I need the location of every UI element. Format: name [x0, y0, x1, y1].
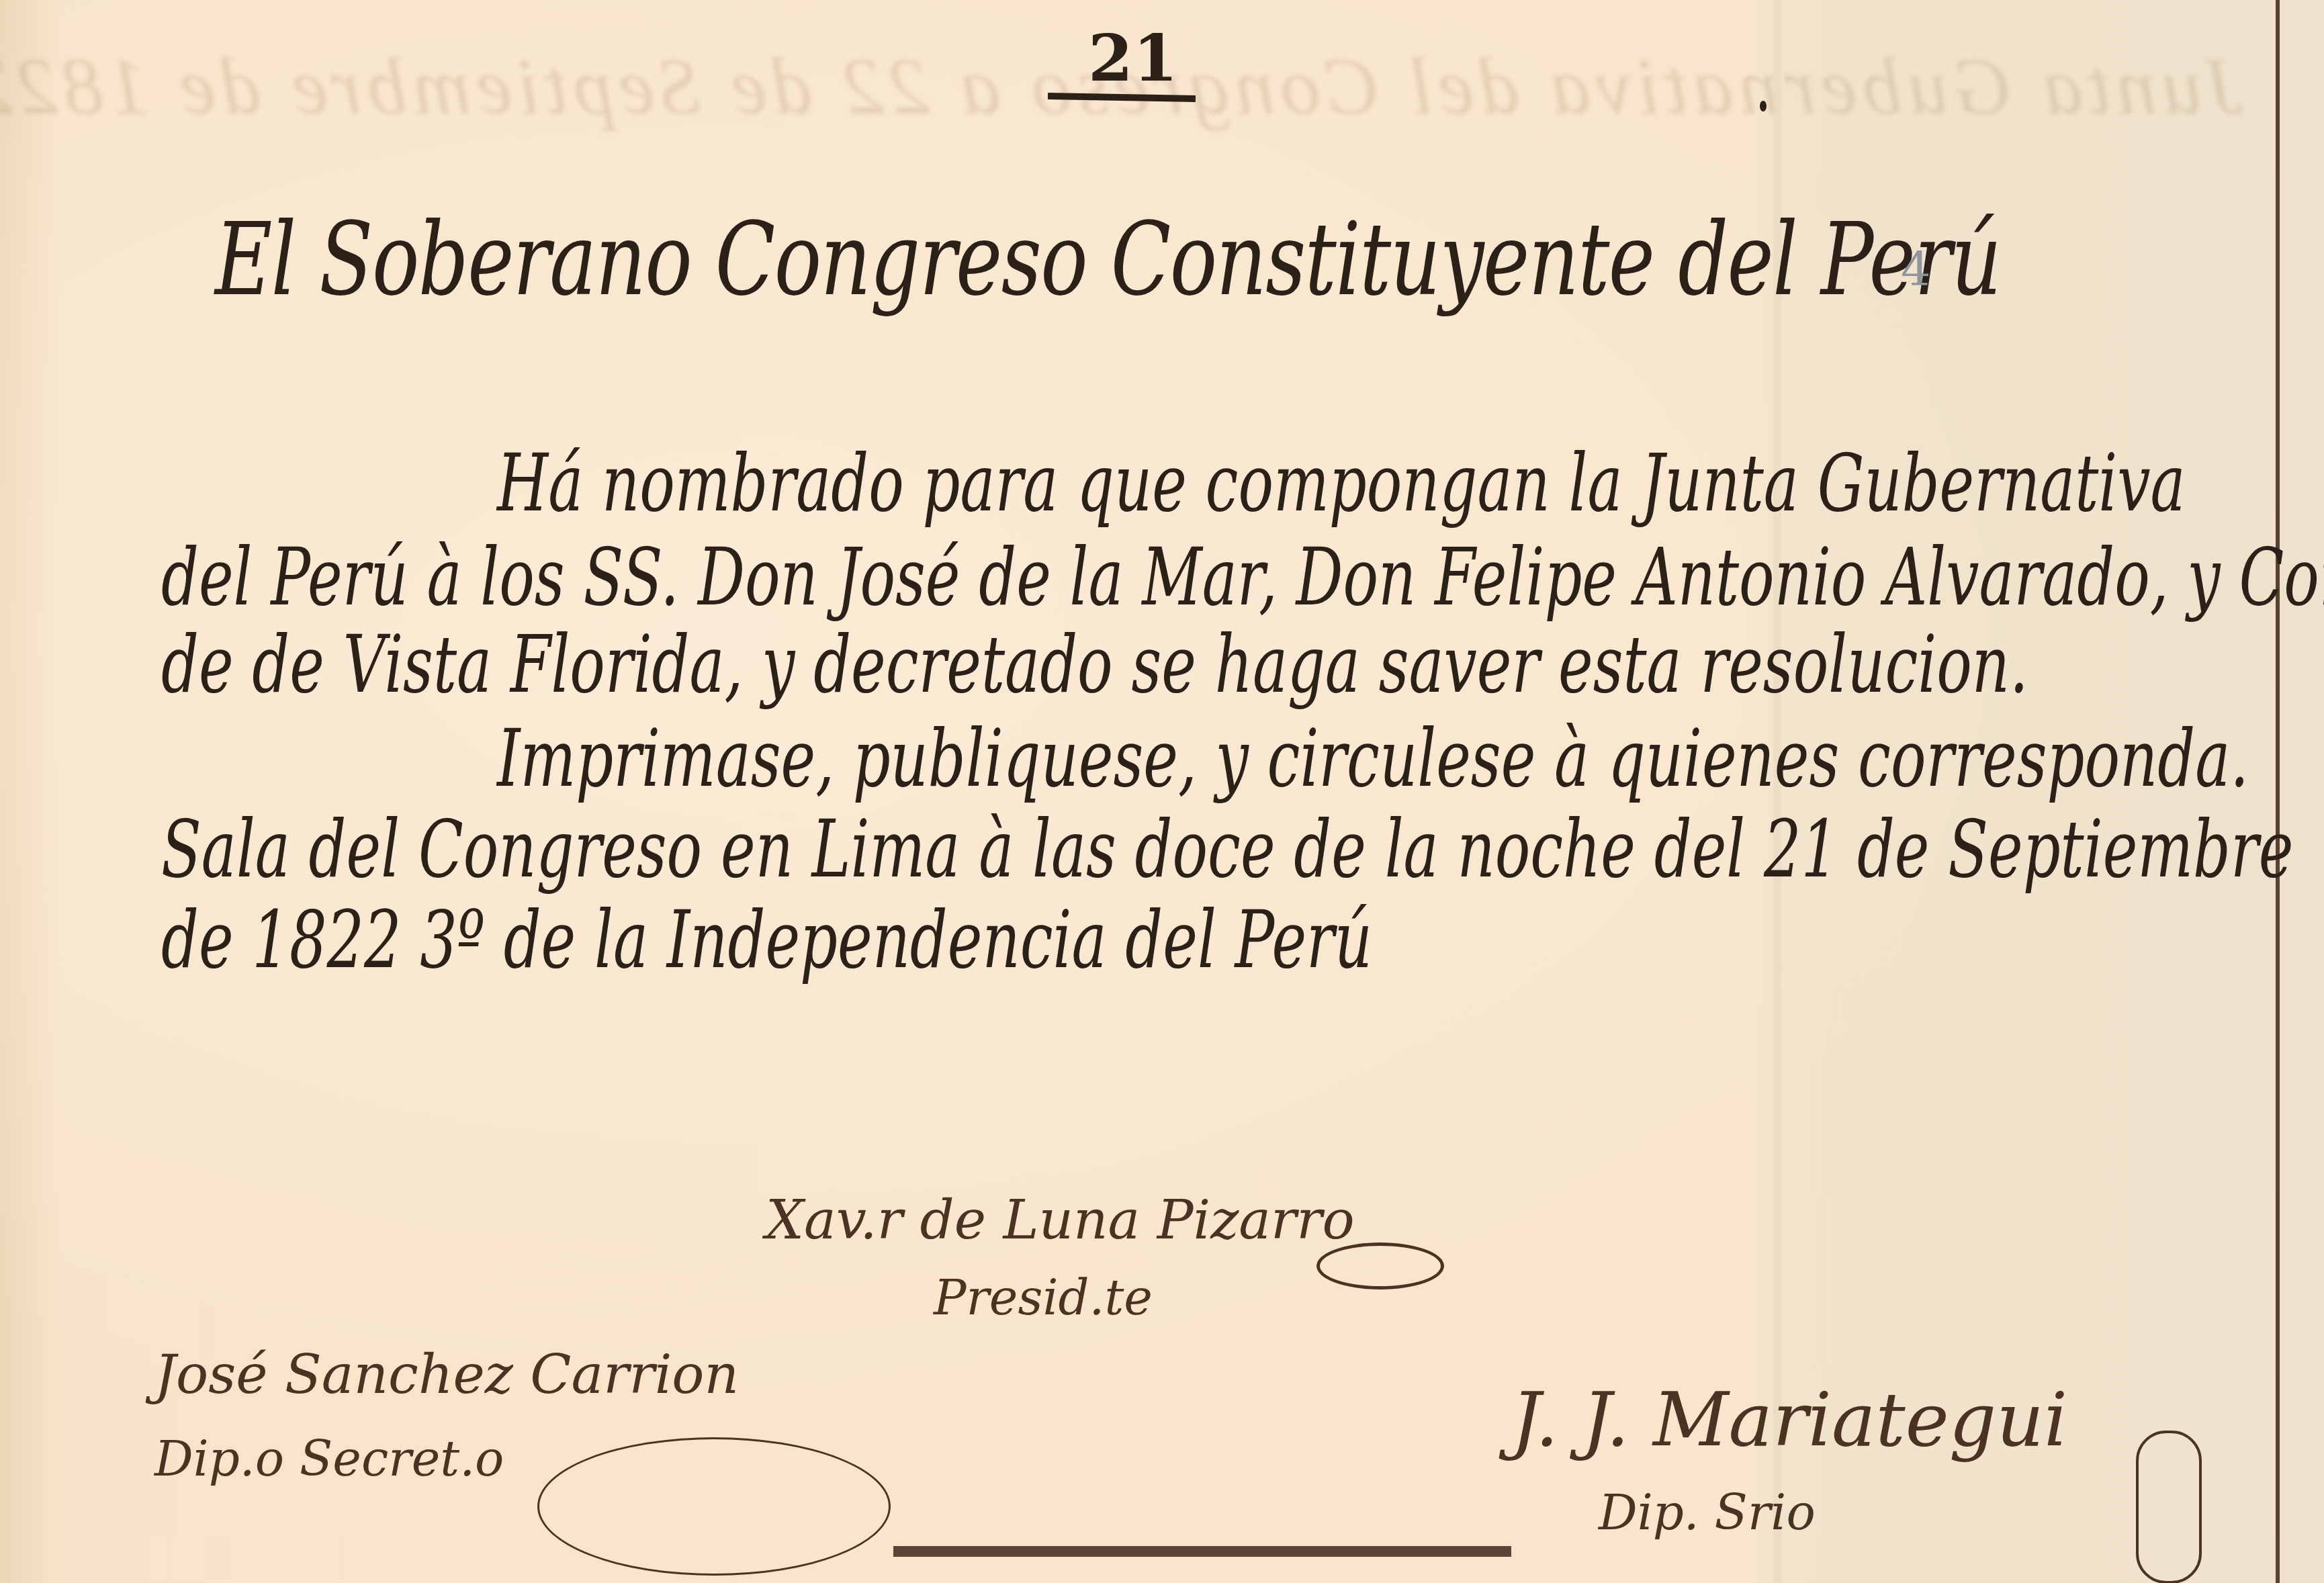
body-line-3: de de Vista Florida, y decretado se haga…: [161, 618, 2028, 711]
body-line-4: Imprimase, publiquese, y circulese à qui…: [497, 712, 2249, 805]
signature-flourish-icon: [537, 1437, 891, 1576]
body-line-5: Sala del Congreso en Lima à las doce de …: [161, 803, 2293, 895]
signature-deputy-title: Dip. Srio: [1599, 1484, 1816, 1541]
body-line-1: Há nombrado para que compongan la Junta …: [497, 437, 2186, 529]
signature-rubric-icon: [2136, 1431, 2202, 1583]
signature-president-name: Xav.r de Luna Pizarro: [766, 1189, 1355, 1251]
signature-deputy-name: J. J. Mariategui: [1511, 1377, 2067, 1463]
signature-president-title: Presid.te: [934, 1269, 1153, 1326]
signature-secretary-name: José Sanchez Carrion: [154, 1343, 739, 1406]
margin-rule: [2276, 0, 2280, 1583]
body-line-2: del Perú à los SS. Don José de la Mar, D…: [161, 531, 2324, 623]
bottom-rule: [893, 1546, 1511, 1557]
document-heading: El Soberano Congreso Constituyente del P…: [215, 201, 2000, 318]
ink-dot: [1760, 101, 1767, 111]
page-number: 21: [1088, 20, 1178, 96]
pencil-annotation: 4: [1901, 242, 1931, 297]
signature-secretary-title: Dip.o Secret.o: [154, 1431, 504, 1487]
signature-flourish-icon: [1316, 1242, 1444, 1290]
body-line-6: de 1822 3º de la Independencia del Perú: [161, 893, 1372, 986]
